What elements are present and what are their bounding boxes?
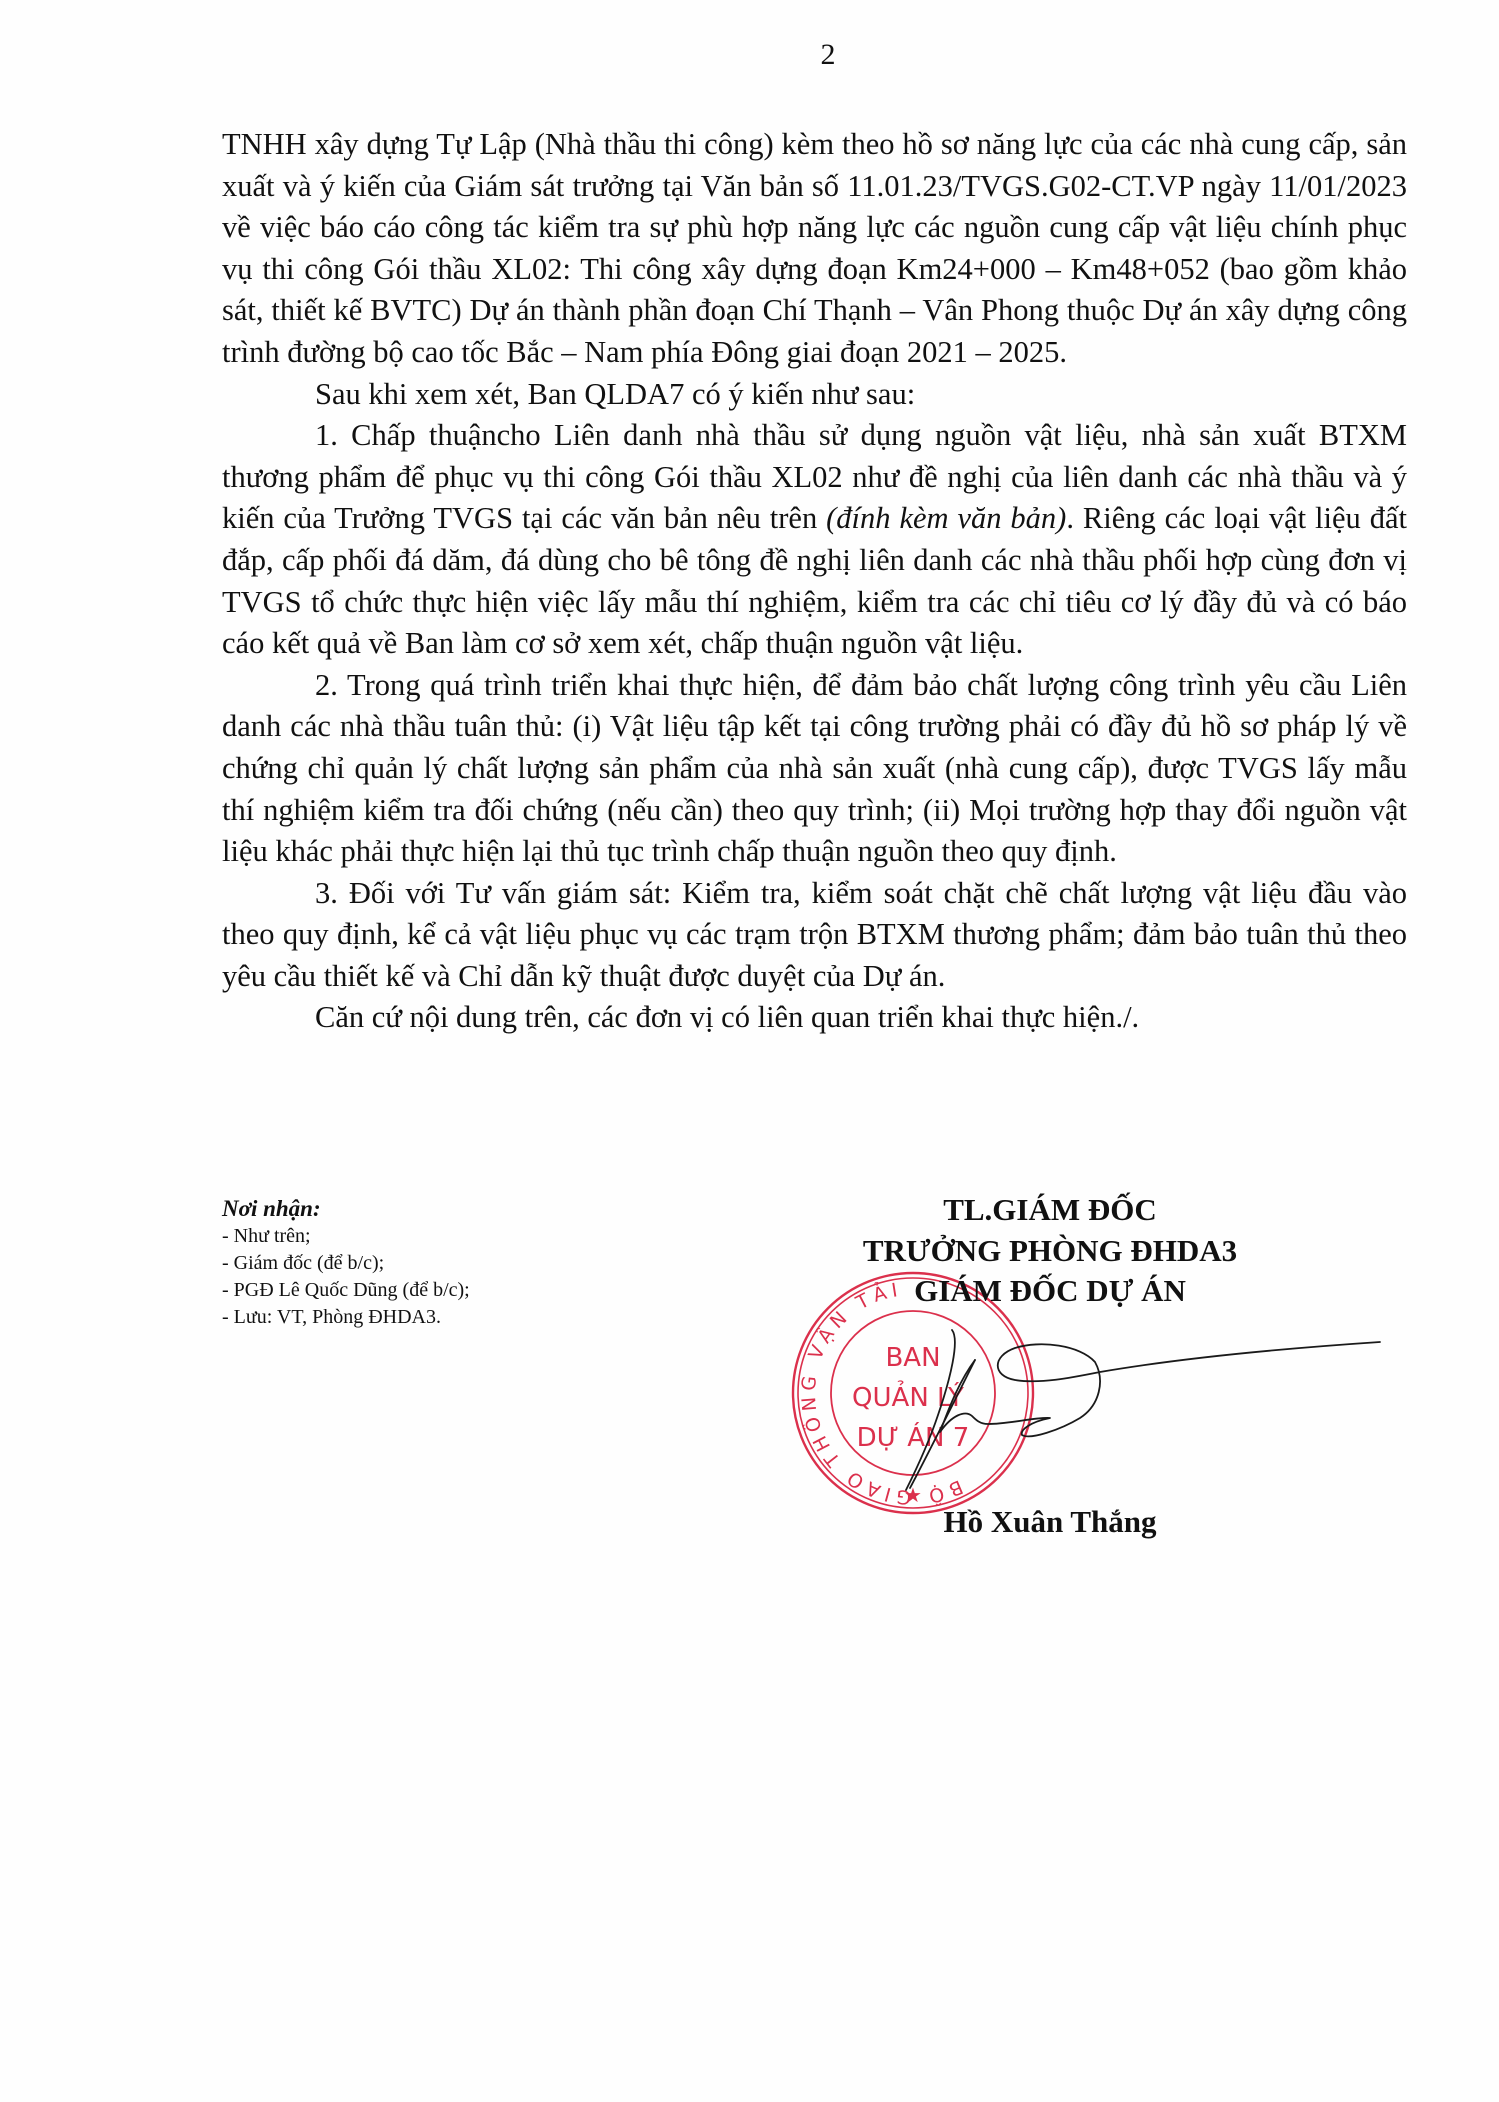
opinion-lead: Sau khi xem xét, Ban QLDA7 có ý kiến như… [222,374,1407,416]
recipient-item: - PGĐ Lê Quốc Dũng (để b/c); [222,1277,470,1304]
intro-paragraph: TNHH xây dựng Tự Lập (Nhà thầu thi công)… [222,124,1407,374]
item-1-attachment-note: (đính kèm văn bản) [826,501,1066,535]
item-1-paragraph: 1. Chấp thuậncho Liên danh nhà thầu sử d… [222,415,1407,665]
recipients-block: Nơi nhận: - Như trên; - Giám đốc (để b/c… [222,1194,470,1331]
signer-name: Hồ Xuân Thắng [790,1502,1310,1542]
document-body: TNHH xây dựng Tự Lập (Nhà thầu thi công)… [222,124,1407,1039]
signature-titles: TL.GIÁM ĐỐC TRƯỞNG PHÒNG ĐHDA3 GIÁM ĐỐC … [790,1190,1310,1312]
closing-paragraph: Căn cứ nội dung trên, các đơn vị có liên… [222,997,1407,1039]
item-2-paragraph: 2. Trong quá trình triển khai thực hiện,… [222,665,1407,873]
signature-title-2: TRƯỞNG PHÒNG ĐHDA3 [790,1231,1310,1272]
recipient-item: - Lưu: VT, Phòng ĐHDA3. [222,1304,470,1331]
document-page: 2 TNHH xây dựng Tự Lập (Nhà thầu thi côn… [0,0,1499,2102]
item-3-paragraph: 3. Đối với Tư vấn giám sát: Kiểm tra, ki… [222,873,1407,998]
recipient-item: - Như trên; [222,1223,470,1250]
signature-title-3: GIÁM ĐỐC DỰ ÁN [790,1271,1310,1312]
recipients-heading: Nơi nhận: [222,1194,470,1223]
handwritten-signature [880,1320,1400,1500]
recipient-item: - Giám đốc (để b/c); [222,1250,470,1277]
signature-title-1: TL.GIÁM ĐỐC [790,1190,1310,1231]
page-number: 2 [0,38,1499,72]
